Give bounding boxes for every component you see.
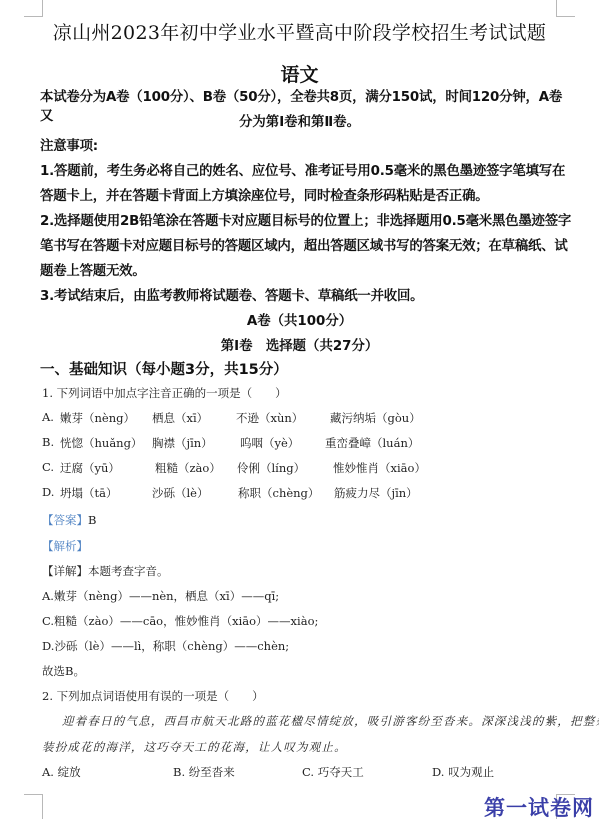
option-item: 惟妙惟肖（xiāo） [333, 460, 426, 476]
option-label: D. [42, 485, 54, 499]
option-item: 重峦叠嶂（luán） [325, 435, 419, 451]
explanation-line: D.沙砾（lè）——lì，称职（chèng）——chèn; [42, 638, 289, 654]
option-label: C. [302, 765, 314, 779]
option-text: 叹为观止 [448, 765, 494, 779]
analysis-line: 【解析】 [42, 538, 88, 554]
question-2-option-c: C. 巧夺天工 [302, 764, 364, 780]
question-2-option-b: B. 纷至沓来 [173, 764, 235, 780]
option-text: 纷至沓来 [189, 765, 235, 779]
option-item: 恍惚（huǎng） [60, 435, 142, 451]
explanation-line: C.粗糙（zào）——cāo，惟妙惟肖（xiāo）——xiào; [42, 613, 318, 629]
option-item: 栖息（xī） [152, 410, 208, 426]
note-line: 3.考试结束后，由监考教师将试题卷、答题卡、草稿纸一并收回。 [40, 285, 423, 304]
exam-title: 凉山州2023年初中学业水平暨高中阶段学校招生考试试题 [0, 18, 599, 45]
option-label: A. [42, 410, 54, 424]
option-label: B. [173, 765, 185, 779]
detail-tag: 【详解】 [42, 564, 88, 578]
detail-line: 【详解】本题考查字音。 [42, 563, 169, 579]
option-item: 迂腐（yū） [60, 460, 120, 476]
option-text: 巧夺天工 [318, 765, 364, 779]
option-item: 沙砾（lè） [152, 485, 208, 501]
option-item: 藏污纳垢（gòu） [330, 410, 421, 426]
option-item: 嫩芽（nèng） [60, 410, 135, 426]
subject-title: 语文 [0, 60, 599, 87]
question-2-stem: 2. 下列加点词语使用有误的一项是（ ） [42, 688, 264, 704]
note-line: 答题卡上，并在答题卡背面上方填涂座位号，同时检查条形码粘贴是否正确。 [40, 185, 488, 204]
option-item: 胸襟（jīn） [152, 435, 213, 451]
option-item: 粗糙（zào） [155, 460, 221, 476]
option-label: B. [42, 435, 54, 449]
volume-a-heading: A卷（共100分） [0, 310, 599, 329]
note-line: 1.答题前，考生务必将自己的姓名、应位号、准考证号用0.5毫米的黑色墨迹签字笔填… [40, 160, 565, 179]
answer-line: 【答案】B [42, 512, 96, 528]
site-watermark-logo: 第一试卷网 [484, 792, 594, 822]
question-1-stem: 1. 下列词语中加点字注音正确的一项是（ ） [42, 385, 287, 401]
option-item: 坍塌（tā） [60, 485, 117, 501]
explanation-line: A.嫩芽（nèng）——nèn，栖息（xī）——qī; [42, 588, 279, 604]
exam-intro-line-2: 分为第Ⅰ卷和第Ⅱ卷。 [0, 111, 599, 130]
answer-tag: 【答案】 [42, 513, 88, 527]
option-label: D. [432, 765, 444, 779]
detail-text: 本题考查字音。 [88, 564, 169, 578]
section-1-heading: 一、基础知识（每小题3分，共15分） [40, 358, 288, 379]
question-2-option-a: A. 绽放 [42, 764, 81, 780]
option-item: 筋疲力尽（jīn） [334, 485, 418, 501]
option-label: A. [42, 765, 54, 779]
question-2-option-d: D. 叹为观止 [432, 764, 494, 780]
page-corner-mark-top-right [556, 0, 575, 17]
option-item: 称职（chèng） [238, 485, 319, 501]
note-line: 2.选择题使用2B铅笔涂在答题卡对应题目标号的位置上；非选择题用0.5毫米黑色墨… [40, 210, 571, 229]
page-corner-mark-bottom-left [24, 794, 43, 819]
part-1-heading: 第Ⅰ卷 选择题（共27分） [0, 335, 599, 354]
option-text: 绽放 [58, 765, 81, 779]
page-corner-mark-top-left [24, 0, 43, 17]
option-item: 不逊（xùn） [236, 410, 303, 426]
option-item: 呜咽（yè） [240, 435, 299, 451]
note-line: 笔书写在答题卡对应题目标号的答题区域内，超出答题区域书写的答案无效；在草稿纸、试 [40, 235, 568, 254]
question-2-passage-line-1: 迎着春日的气息，西昌市航天北路的蓝花楹尽情绽放，吸引游客纷至沓来。深深浅浅的紫，… [62, 713, 599, 729]
answer-value: B [88, 513, 96, 527]
question-2-passage-line-2: 装扮成花的海洋，这巧夺天工的花海，让人叹为观止。 [42, 739, 347, 755]
conclusion-line: 故选B。 [42, 663, 85, 679]
note-line: 题卷上答题无效。 [40, 260, 146, 279]
analysis-tag: 【解析】 [42, 539, 88, 553]
option-item: 伶俐（líng） [237, 460, 305, 476]
option-label: C. [42, 460, 54, 474]
notes-heading: 注意事项: [40, 135, 98, 154]
